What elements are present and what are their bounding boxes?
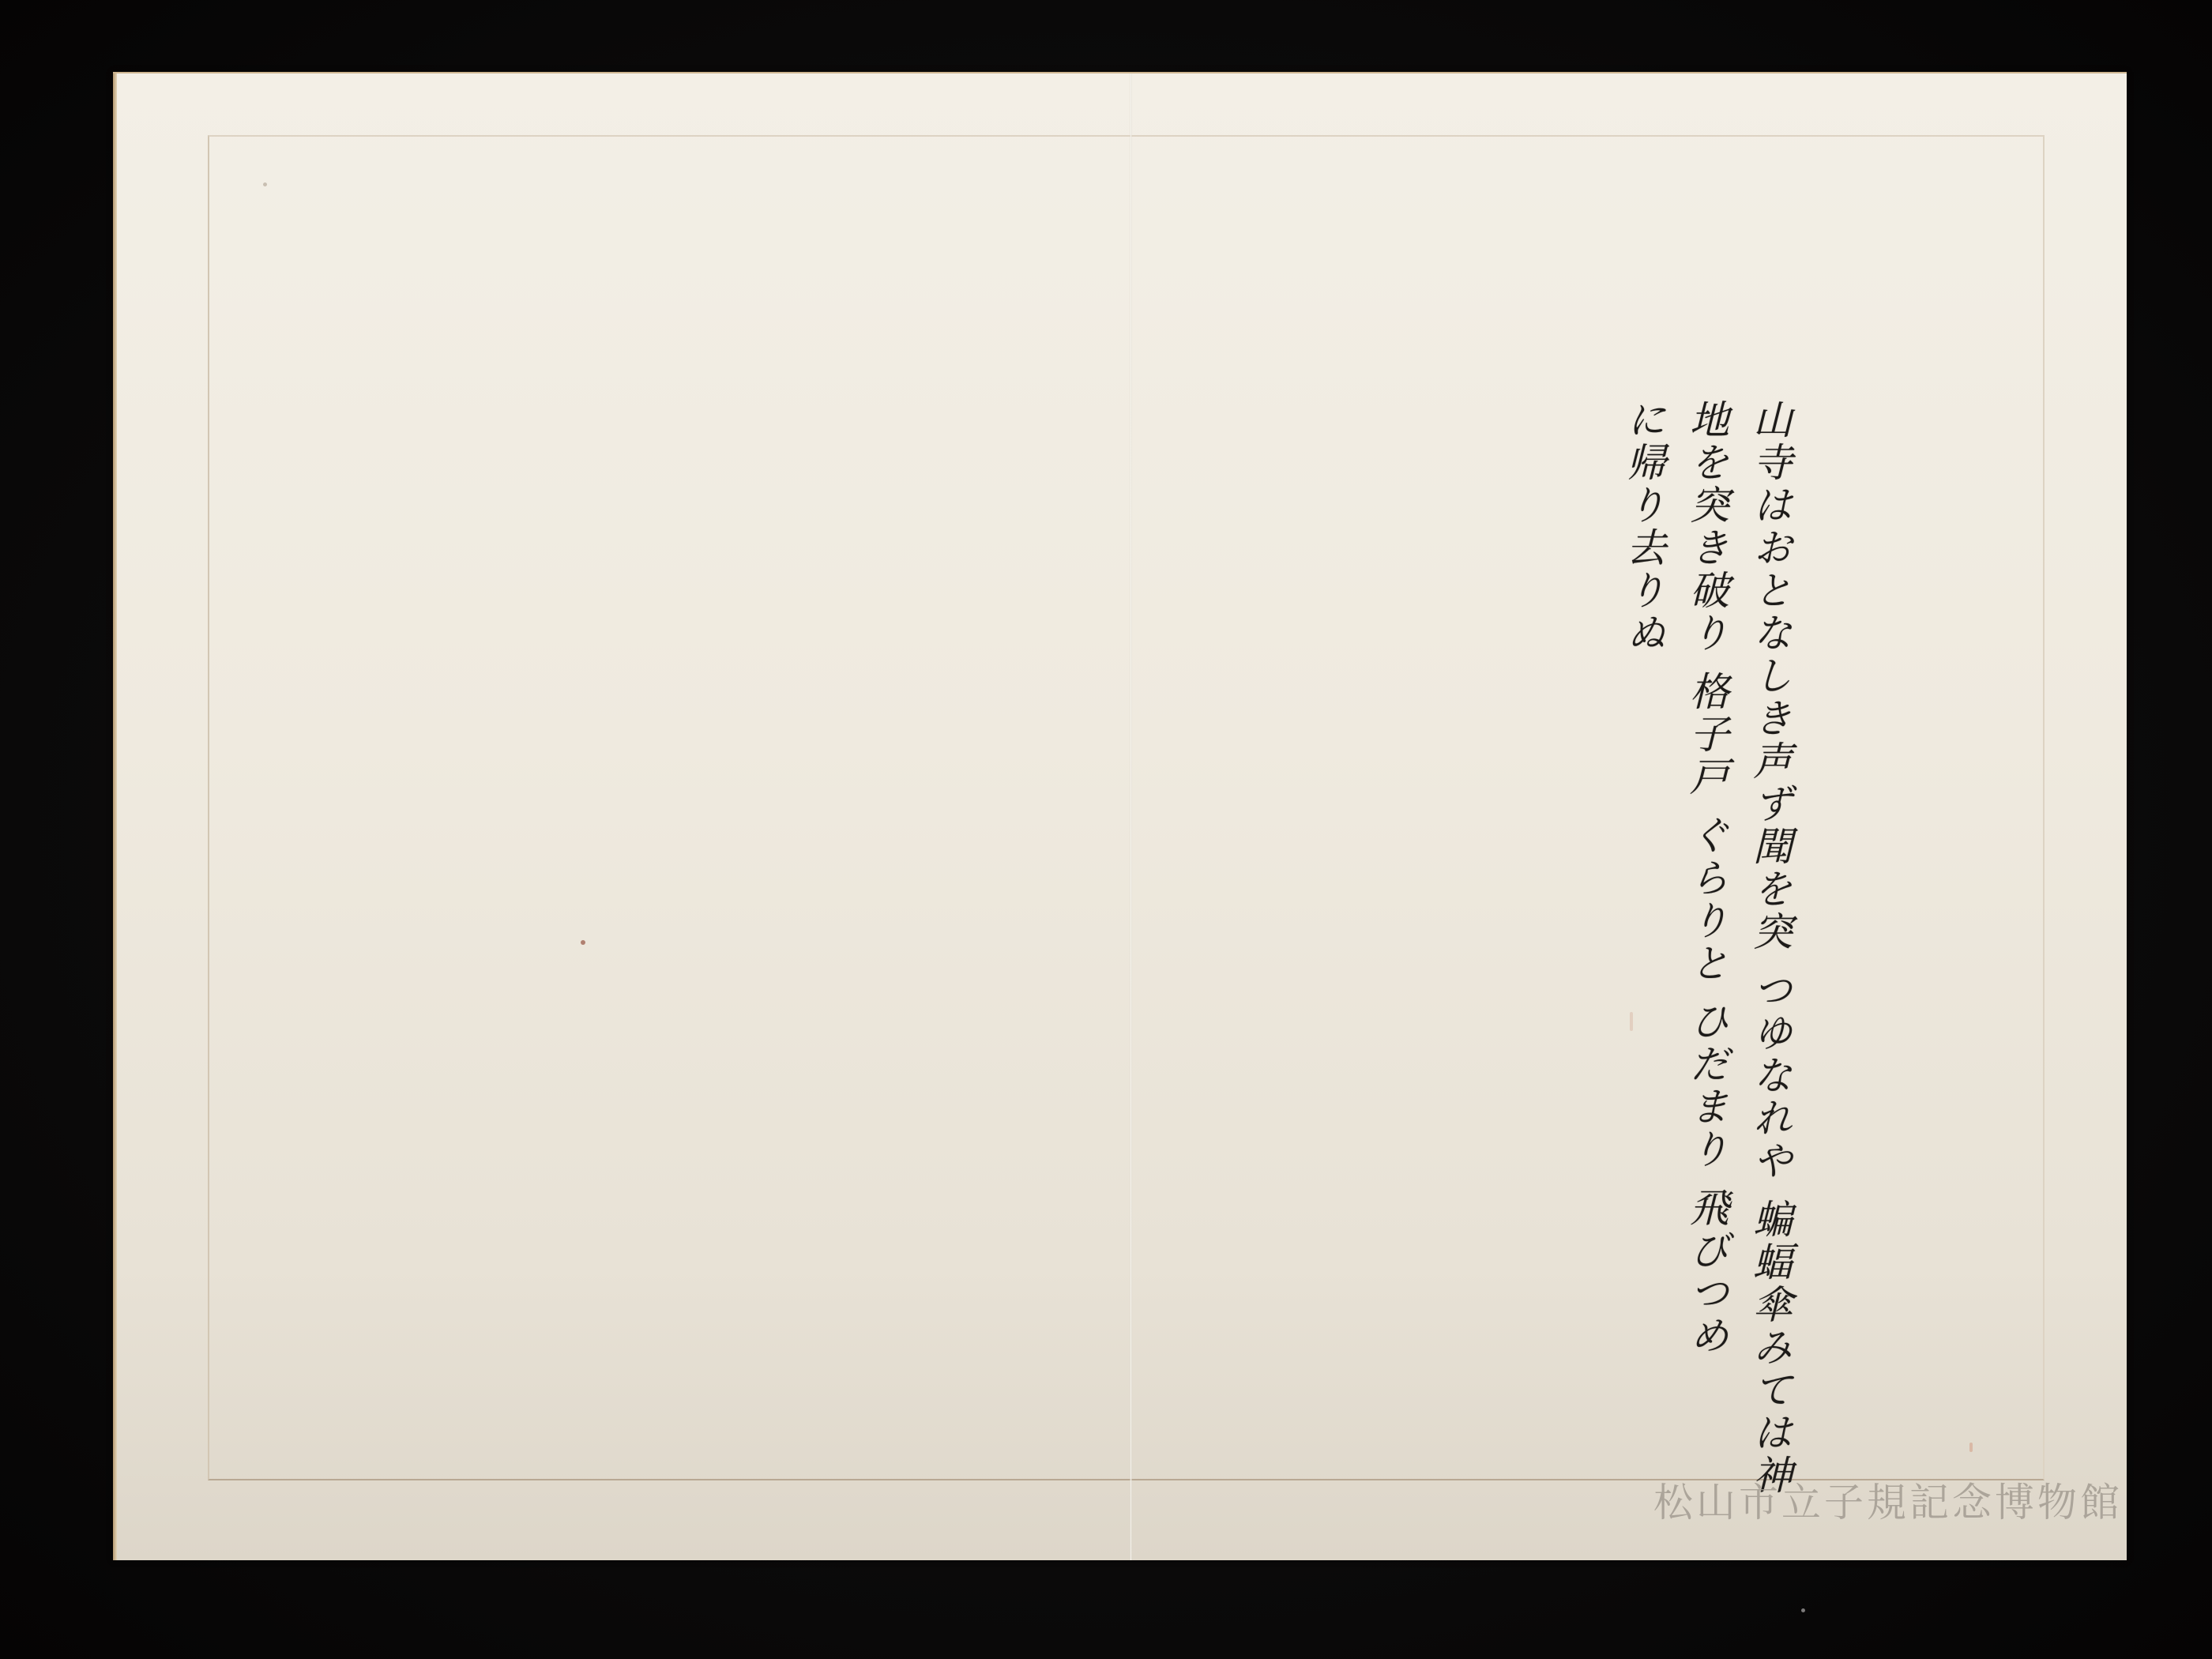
handwritten-text-block: 山寺はおとなしき声ず聞を突 つゆなれや 蝙蝠傘みては神 地を突き破り 格子戸 ぐ… bbox=[1612, 399, 1801, 1394]
text-column-2: 地を突き破り 格子戸 ぐらりと ひだまり 飛びつめ bbox=[1675, 399, 1738, 1394]
manuscript-paper bbox=[113, 72, 2127, 1560]
museum-watermark: 松山市立子規記念博物館 bbox=[1653, 1471, 2123, 1528]
paper-stain-spot bbox=[263, 182, 267, 186]
dark-background: 山寺はおとなしき声ず聞を突 つゆなれや 蝙蝠傘みては神 地を突き破り 格子戸 ぐ… bbox=[0, 0, 2212, 1659]
paper-stain-spot bbox=[1969, 1443, 1973, 1452]
text-column-1: 山寺はおとなしき声ず聞を突 つゆなれや 蝙蝠傘みては神 bbox=[1738, 399, 1801, 1394]
text-column-3: に帰り去りぬ bbox=[1612, 399, 1675, 1394]
paper-stain-spot bbox=[1801, 1608, 1805, 1612]
center-fold-line bbox=[1130, 72, 1132, 1560]
paper-stain-spot bbox=[581, 940, 585, 945]
